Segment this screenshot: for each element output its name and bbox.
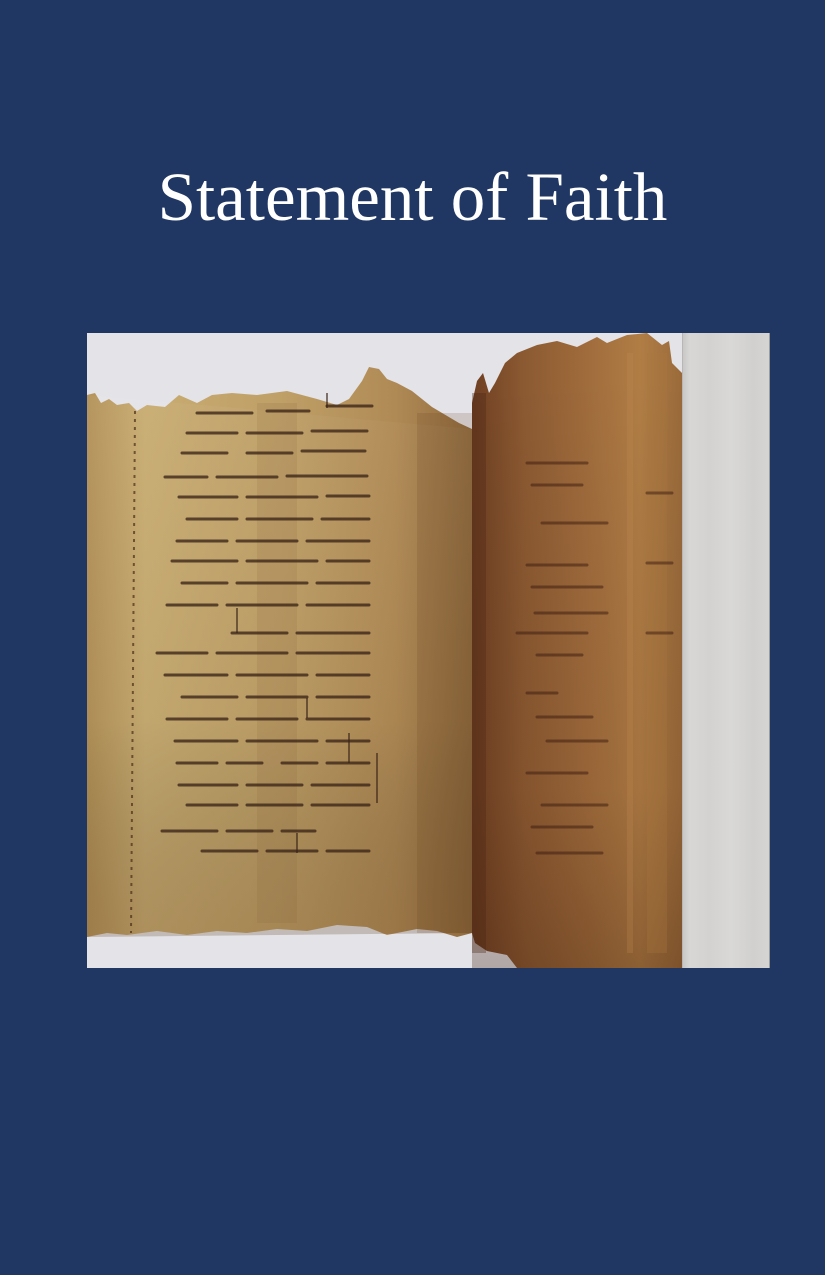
page-title: Statement of Faith	[0, 152, 825, 242]
scroll-photo	[87, 333, 770, 968]
image-side-panel	[682, 333, 770, 968]
image-edge	[769, 333, 770, 968]
scroll-illustration	[87, 333, 770, 968]
